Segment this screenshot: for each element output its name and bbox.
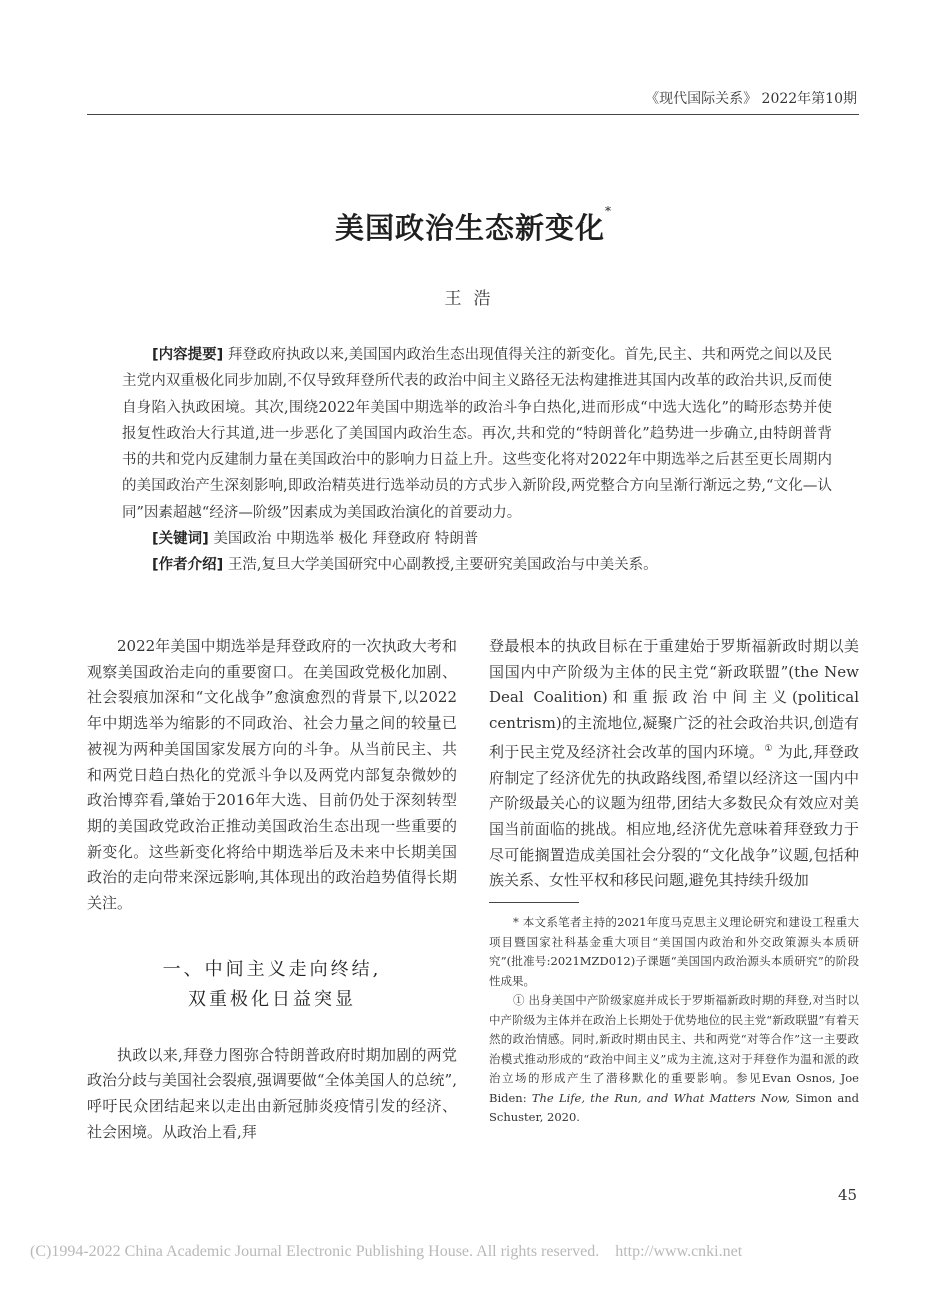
author-intro-label: [作者介绍] <box>152 557 223 573</box>
title-text: 美国政治生态新变化 <box>335 211 605 245</box>
footnotes: * 本文系笔者主持的2021年度马克思主义理论研究和建设工程重大项目暨国家社科基… <box>489 913 859 1128</box>
paragraph-text-b: 为此,拜登政府制定了经济优先的执政路线图,希望以经济这一国内中产阶级最关心的议题… <box>489 743 859 890</box>
abstract-summary: [内容提要] 拜登政府执政以来,美国国内政治生态出现值得关注的新变化。首先,民主… <box>122 342 832 526</box>
section-heading-line2: 双重极化日益突显 <box>87 985 457 1015</box>
footnote-1: ① 出身美国中产阶级家庭并成长于罗斯福新政时期的拜登,对当时以中产阶级为主体并在… <box>489 991 859 1128</box>
author-intro-line: [作者介绍] 王浩,复旦大学美国研究中心副教授,主要研究美国政治与中美关系。 <box>122 552 832 578</box>
journal-issue: 《现代国际关系》 2022年第10期 <box>645 88 857 108</box>
page-number: 45 <box>838 1186 857 1204</box>
summary-label: [内容提要] <box>152 347 223 363</box>
section-heading: 一、中间主义走向终结, 双重极化日益突显 <box>87 955 457 1015</box>
section-heading-line1: 一、中间主义走向终结, <box>87 955 457 985</box>
author-intro-text: 王浩,复旦大学美国研究中心副教授,主要研究美国政治与中美关系。 <box>228 557 658 573</box>
continued-paragraph: 登最根本的执政目标在于重建始于罗斯福新政时期以美国国内中产阶级为主体的民主党“新… <box>489 634 859 894</box>
article-title: 美国政治生态新变化* <box>0 206 947 247</box>
abstract-block: [内容提要] 拜登政府执政以来,美国国内政治生态出现值得关注的新变化。首先,民主… <box>122 342 832 579</box>
keywords-text: 美国政治 中期选举 极化 拜登政府 特朗普 <box>213 531 478 547</box>
footnote-ref-1[interactable]: ① <box>764 744 772 754</box>
copyright-watermark: (C)1994-2022 China Academic Journal Elec… <box>30 1243 742 1261</box>
footnote-1-text: ① 出身美国中产阶级家庭并成长于罗斯福新政时期的拜登,对当时以中产阶级为主体并在… <box>489 993 859 1105</box>
section-paragraph: 执政以来,拜登力图弥合特朗普政府时期加剧的两党政治分歧与美国社会裂痕,强调要做“… <box>87 1043 457 1146</box>
keywords-line: [关键词] 美国政治 中期选举 极化 拜登政府 特朗普 <box>122 526 832 552</box>
right-column: 登最根本的执政目标在于重建始于罗斯福新政时期以美国国内中产阶级为主体的民主党“新… <box>489 634 859 1128</box>
footnote-1-book-title: The Life, the Run, and What Matters Now, <box>532 1091 790 1105</box>
summary-text: 拜登政府执政以来,美国国内政治生态出现值得关注的新变化。首先,民主、共和两党之间… <box>122 347 832 521</box>
running-header: 《现代国际关系》 2022年第10期 <box>87 86 859 115</box>
footnote-funding: * 本文系笔者主持的2021年度马克思主义理论研究和建设工程重大项目暨国家社科基… <box>489 913 859 991</box>
footnote-divider <box>489 902 579 903</box>
left-column: 2022年美国中期选举是拜登政府的一次执政大考和观察美国政治走向的重要窗口。在美… <box>87 634 457 1146</box>
author-name: 王浩 <box>0 284 947 309</box>
intro-paragraph: 2022年美国中期选举是拜登政府的一次执政大考和观察美国政治走向的重要窗口。在美… <box>87 634 457 917</box>
title-footnote-mark: * <box>605 204 612 218</box>
keywords-label: [关键词] <box>152 531 209 547</box>
